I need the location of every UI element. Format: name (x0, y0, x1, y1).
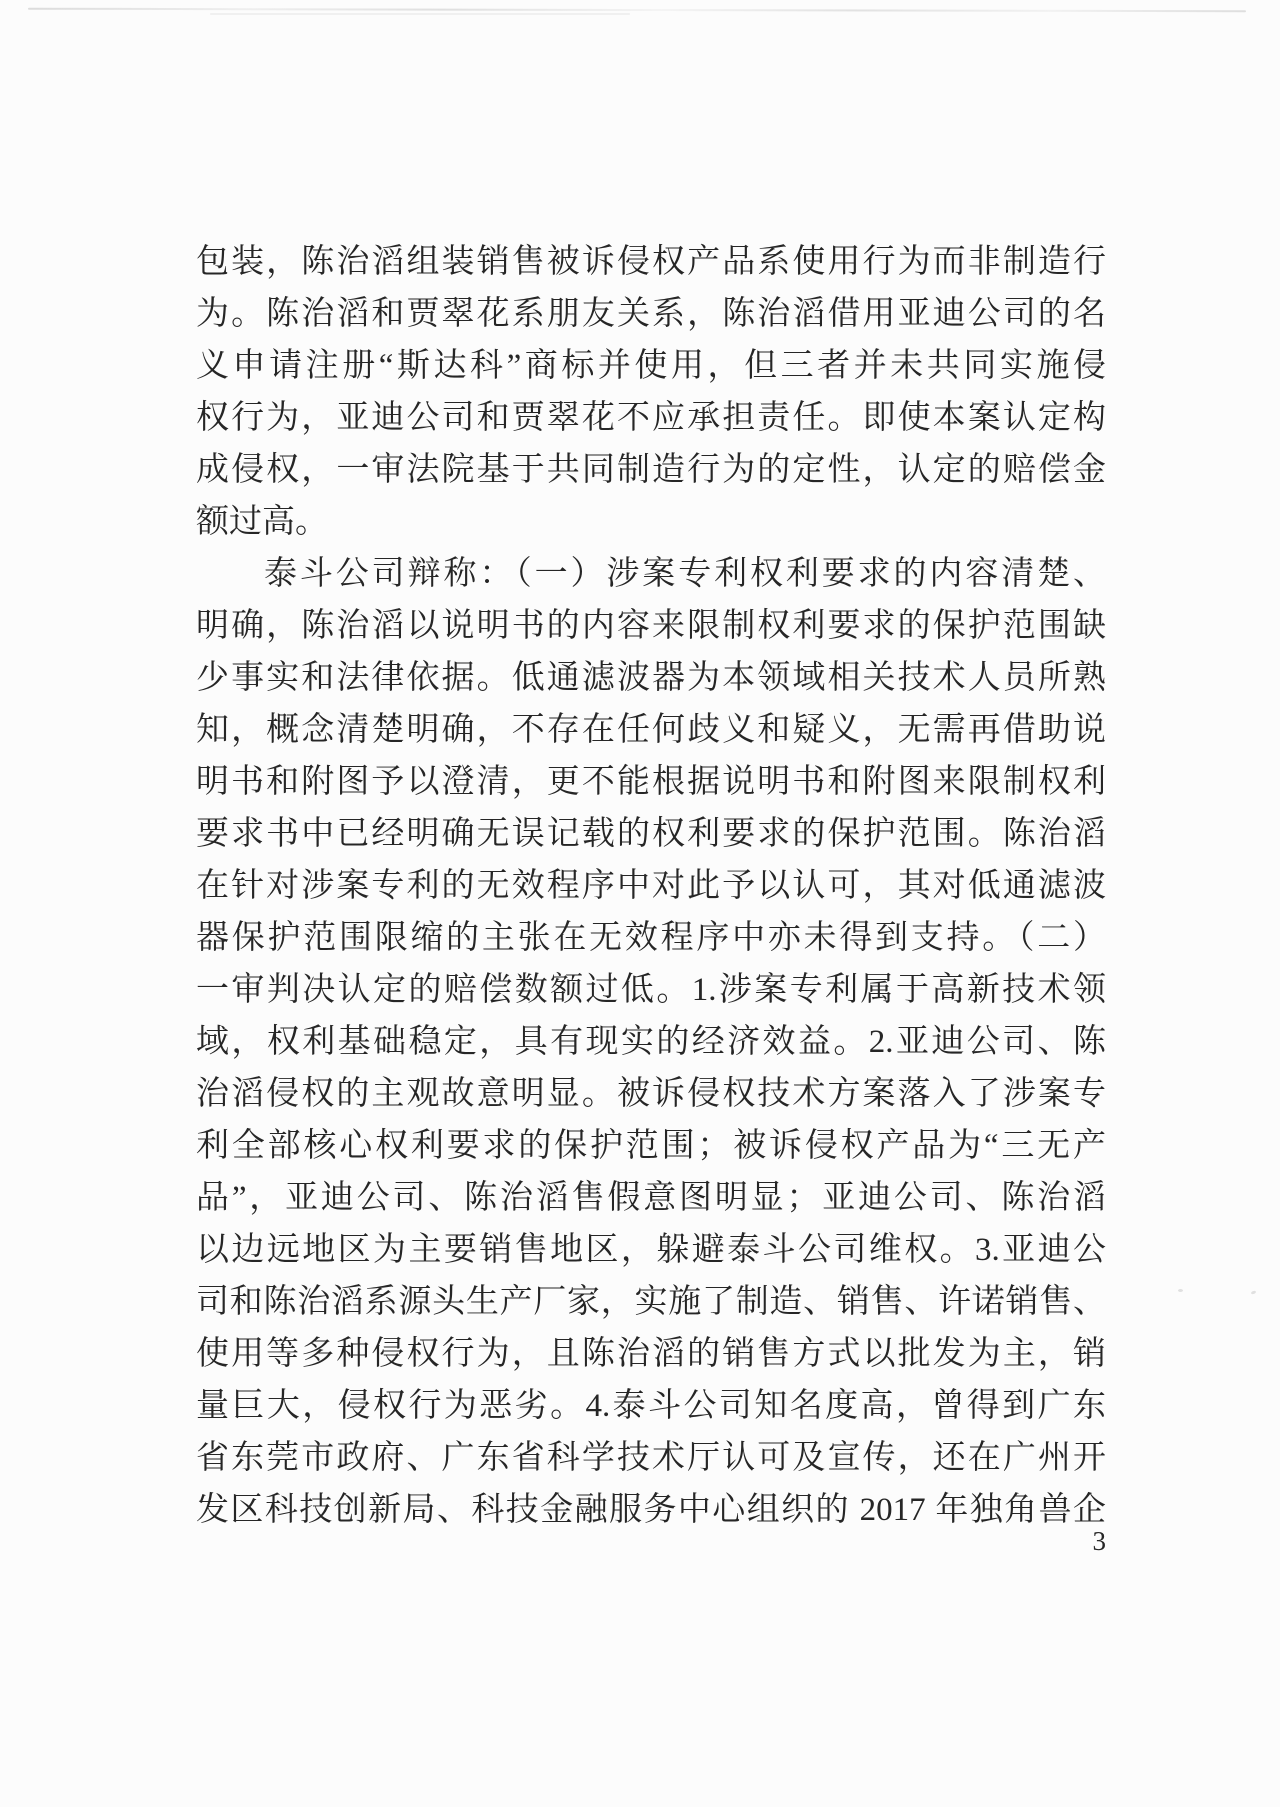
body-text: 包装，陈治滔组装销售被诉侵权产品系使用行为而非制造行为。陈治滔和贾翠花系朋友关系… (196, 236, 1106, 1536)
text-line: 明确，陈治滔以说明书的内容来限制权利要求的保护范围缺 (196, 600, 1106, 652)
document-page: 包装，陈治滔组装销售被诉侵权产品系使用行为而非制造行为。陈治滔和贾翠花系朋友关系… (0, 0, 1280, 1807)
text-line: 为。陈治滔和贾翠花系朋友关系，陈治滔借用亚迪公司的名 (196, 288, 1106, 340)
text-line: 量巨大，侵权行为恶劣。4.泰斗公司知名度高，曾得到广东 (196, 1380, 1106, 1432)
text-line: 额过高。 (196, 496, 1106, 548)
text-line: 知，概念清楚明确，不存在任何歧义和疑义，无需再借助说 (196, 704, 1106, 756)
text-line: 一审判决认定的赔偿数额过低。1.涉案专利属于高新技术领 (196, 964, 1106, 1016)
text-line: 域，权利基础稳定，具有现实的经济效益。2.亚迪公司、陈 (196, 1016, 1106, 1068)
scan-artifact-line (28, 8, 1246, 13)
text-line: 权行为，亚迪公司和贾翠花不应承担责任。即使本案认定构 (196, 392, 1106, 444)
scan-artifact-speck (1178, 1289, 1183, 1292)
text-line: 少事实和法律依据。低通滤波器为本领域相关技术人员所熟 (196, 652, 1106, 704)
text-line: 成侵权，一审法院基于共同制造行为的定性，认定的赔偿金 (196, 444, 1106, 496)
text-line: 利全部核心权利要求的保护范围；被诉侵权产品为“三无产 (196, 1120, 1106, 1172)
text-line: 以边远地区为主要销售地区，躲避泰斗公司维权。3.亚迪公 (196, 1224, 1106, 1276)
text-line: 省东莞市政府、广东省科学技术厅认可及宣传，还在广州开 (196, 1432, 1106, 1484)
text-line: 要求书中已经明确无误记载的权利要求的保护范围。陈治滔 (196, 808, 1106, 860)
text-line: 使用等多种侵权行为，且陈治滔的销售方式以批发为主，销 (196, 1328, 1106, 1380)
text-line: 品”，亚迪公司、陈治滔售假意图明显；亚迪公司、陈治滔 (196, 1172, 1106, 1224)
text-line: 治滔侵权的主观故意明显。被诉侵权技术方案落入了涉案专 (196, 1068, 1106, 1120)
text-line: 泰斗公司辩称：（一）涉案专利权利要求的内容清楚、 (196, 548, 1106, 600)
text-line: 义申请注册“斯达科”商标并使用，但三者并未共同实施侵 (196, 340, 1106, 392)
scan-artifact-line (210, 13, 630, 15)
text-line: 司和陈治滔系源头生产厂家，实施了制造、销售、许诺销售、 (196, 1276, 1106, 1328)
text-line: 明书和附图予以澄清，更不能根据说明书和附图来限制权利 (196, 756, 1106, 808)
text-line: 在针对涉案专利的无效程序中对此予以认可，其对低通滤波 (196, 860, 1106, 912)
text-line: 包装，陈治滔组装销售被诉侵权产品系使用行为而非制造行 (196, 236, 1106, 288)
page-number: 3 (196, 1521, 1106, 1561)
scan-artifact-speck (1251, 1290, 1257, 1295)
text-line: 器保护范围限缩的主张在无效程序中亦未得到支持。（二） (196, 912, 1106, 964)
